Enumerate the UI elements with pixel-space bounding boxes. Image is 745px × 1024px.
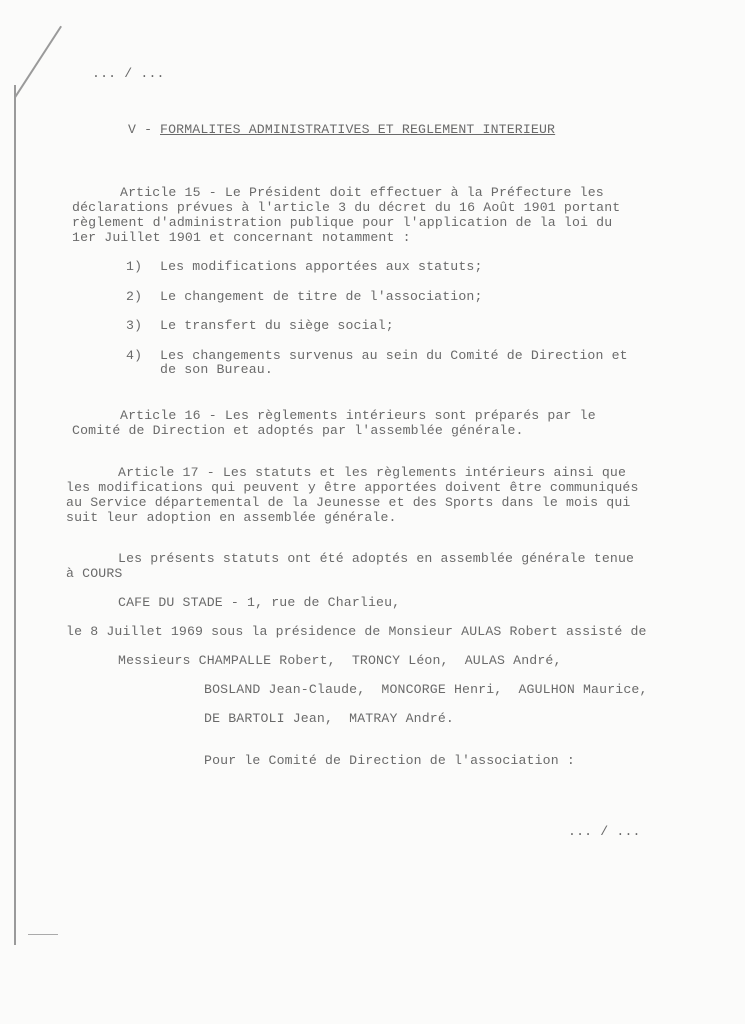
article-16-line-2: Comité de Direction et adoptés par l'ass… bbox=[72, 423, 524, 438]
list-item: Le transfert du siège social; bbox=[160, 318, 394, 333]
list-item: Les modifications apportées aux statuts; bbox=[160, 259, 483, 274]
members-line-1: Messieurs CHAMPALLE Robert, TRONCY Léon,… bbox=[118, 653, 562, 668]
page-edge-line bbox=[14, 85, 16, 945]
signature-line: Pour le Comité de Direction de l'associa… bbox=[204, 753, 575, 768]
adoption-line-1: Les présents statuts ont été adoptés en … bbox=[118, 551, 634, 566]
article-17-line-2: les modifications qui peuvent y être app… bbox=[66, 480, 639, 495]
scan-artifact-mark bbox=[28, 934, 58, 935]
article-16-line-1: Article 16 - Les règlements intérieurs s… bbox=[120, 408, 596, 423]
top-continuation-marker: ... / ... bbox=[92, 66, 165, 81]
list-item: Le changement de titre de l'association; bbox=[160, 289, 483, 304]
section-heading: FORMALITES ADMINISTRATIVES ET REGLEMENT … bbox=[160, 122, 555, 137]
list-item-number: 3) bbox=[126, 318, 142, 333]
article-17-line-3: au Service départemental de la Jeunesse … bbox=[66, 495, 630, 510]
adoption-date-line: le 8 Juillet 1969 sous la présidence de … bbox=[66, 624, 647, 639]
adoption-line-2: à COURS bbox=[66, 566, 122, 581]
article-15-line-3: règlement d'administration publique pour… bbox=[72, 215, 612, 230]
article-15-line-2: déclarations prévues à l'article 3 du dé… bbox=[72, 200, 620, 215]
page-edge-fold bbox=[14, 26, 62, 98]
bottom-continuation-marker: ... / ... bbox=[568, 824, 641, 839]
list-item-number: 4) bbox=[126, 348, 142, 363]
section-heading-prefix: V - bbox=[128, 122, 160, 137]
list-item-number: 1) bbox=[126, 259, 142, 274]
list-item: Les changements survenus au sein du Comi… bbox=[160, 348, 628, 363]
members-line-3: DE BARTOLI Jean, MATRAY André. bbox=[204, 711, 454, 726]
article-15-line-4: 1er Juillet 1901 et concernant notamment… bbox=[72, 230, 411, 245]
list-item-number: 2) bbox=[126, 289, 142, 304]
adoption-place: CAFE DU STADE - 1, rue de Charlieu, bbox=[118, 595, 400, 610]
list-item-continuation: de son Bureau. bbox=[160, 362, 273, 377]
scanned-document-page: ... / ... V - FORMALITES ADMINISTRATIVES… bbox=[0, 0, 745, 1024]
article-15-line-1: Article 15 - Le Président doit effectuer… bbox=[120, 185, 604, 200]
members-line-2: BOSLAND Jean-Claude, MONCORGE Henri, AGU… bbox=[204, 682, 648, 697]
article-17-line-4: suit leur adoption en assemblée générale… bbox=[66, 510, 397, 525]
article-17-line-1: Article 17 - Les statuts et les règlemen… bbox=[118, 465, 626, 480]
